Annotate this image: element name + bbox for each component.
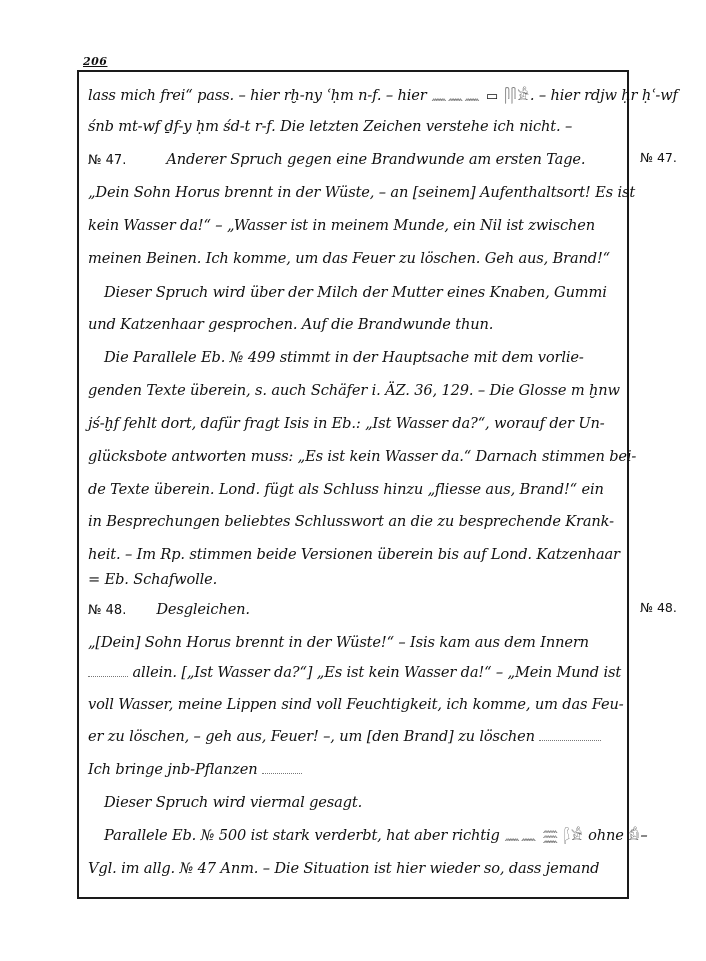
text-segment: Die letzten Zeichen verstehe ich nicht. … — [276, 118, 573, 135]
text-segment: . – hier — [530, 87, 584, 104]
text-line-20: voll Wasser, meine Lippen sind voll Feuc… — [88, 695, 624, 715]
section-number: № 48. — [88, 603, 126, 618]
text-segment: – — [640, 827, 647, 844]
hieroglyph-group: 𓈖𓈖 𓈗 𓆄𓀀 — [504, 829, 583, 844]
text-segment: und Katzenhaar gesprochen. Auf die Brand… — [88, 316, 493, 333]
text-segment: fehlt dort, dafür fragt Isis in Eb.: „Is… — [119, 415, 605, 432]
text-line-16: = Eb. Schafwolle. — [88, 570, 217, 590]
lacuna-dots — [88, 666, 128, 677]
text-line-22: Ich bringe jnb-Pflanzen — [88, 760, 302, 780]
text-segment: ohne — [584, 827, 629, 844]
text-segment: Die Parallele Eb. № 499 stimmt in der Ha… — [104, 349, 584, 366]
text-line-10: genden Texte überein, s. auch Schäfer i.… — [88, 381, 620, 401]
text-line-1: lass mich frei“ pass. – hier rḫ-ny ʿḥm n… — [88, 86, 678, 107]
hieroglyph-group: 𓀁 — [628, 829, 640, 844]
text-segment: in Besprechungen beliebtes Schlusswort a… — [88, 513, 614, 530]
text-segment: Dieser Spruch wird viermal gesagt. — [104, 794, 362, 811]
transliteration: rḫ-ny ʿḥm n-f. — [284, 87, 382, 104]
text-segment: genden Texte überein, s. auch Schäfer i.… — [88, 382, 571, 399]
text-line-11: jś-ḫf fehlt dort, dafür fragt Isis in Eb… — [88, 414, 605, 434]
text-line-9: Die Parallele Eb. № 499 stimmt in der Ha… — [104, 348, 584, 368]
text-segment: meinen Beinen. Ich komme, um das Feuer z… — [88, 250, 610, 267]
text-segment: allein. [„Ist Wasser da?“] „Es ist kein … — [133, 664, 622, 681]
lacuna-dots — [262, 763, 302, 774]
transliteration: jś-ḫf — [88, 415, 119, 432]
text-segment: kein Wasser da!“ – „Wasser ist in meinem… — [88, 217, 595, 234]
text-segment: Ich bringe — [88, 761, 167, 778]
text-line-7: Dieser Spruch wird über der Milch der Mu… — [104, 283, 607, 303]
transliteration: jnb — [167, 761, 190, 778]
section-title: Desgleichen. — [156, 601, 250, 618]
text-line-15: heit. – Im Rp. stimmen beide Versionen ü… — [88, 545, 620, 565]
text-segment: = Eb. Schafwolle. — [88, 571, 217, 588]
text-segment: -Pflanzen — [190, 761, 257, 778]
section-number: № 47. — [88, 153, 126, 168]
text-segment: de Texte überein. Lond. fügt als Schluss… — [88, 481, 604, 498]
page-number: 206 — [83, 55, 107, 68]
transliteration: śnb mt-wf ḏf-y ḥm śd-t r-f. — [88, 118, 276, 135]
text-line-14: in Besprechungen beliebtes Schlusswort a… — [88, 512, 614, 532]
section-title: Anderer Spruch gegen eine Brandwunde am … — [166, 151, 585, 168]
margin-note-47: № 47. — [640, 150, 677, 165]
text-line-23: Dieser Spruch wird viermal gesagt. — [104, 793, 362, 813]
text-line-6: meinen Beinen. Ich komme, um das Feuer z… — [88, 249, 610, 269]
margin-note-48: № 48. — [640, 600, 677, 615]
text-segment: Vgl. im allg. № 47 Anm. – Die Situation … — [88, 860, 599, 877]
text-segment: lass mich frei“ pass. – hier — [88, 87, 284, 104]
text-segment: „[Dein] Sohn Horus brennt in der Wüste!“… — [88, 634, 589, 651]
text-segment: „Dein Sohn Horus brennt in der Wüste, – … — [88, 184, 635, 201]
text-line-18: „[Dein] Sohn Horus brennt in der Wüste!“… — [88, 633, 589, 653]
text-line-25: Vgl. im allg. № 47 Anm. – Die Situation … — [88, 859, 599, 879]
text-line-24: Parallele Eb. № 500 ist stark verderbt, … — [104, 826, 648, 847]
section-heading-48: № 48.Desgleichen. — [88, 600, 250, 621]
text-line-12: glücksbote antworten muss: „Es ist kein … — [88, 447, 636, 467]
lacuna-dots — [539, 730, 601, 741]
section-heading-47: № 47.Anderer Spruch gegen eine Brandwund… — [88, 150, 585, 171]
text-line-19: allein. [„Ist Wasser da?“] „Es ist kein … — [88, 663, 621, 683]
transliteration: rdjw ḥr ḥʿ-wf — [584, 87, 678, 104]
text-segment: heit. – Im Rp. stimmen beide Versionen ü… — [88, 546, 620, 563]
text-line-4: „Dein Sohn Horus brennt in der Wüste, – … — [88, 183, 635, 203]
text-line-8: und Katzenhaar gesprochen. Auf die Brand… — [88, 315, 493, 335]
text-segment: voll Wasser, meine Lippen sind voll Feuc… — [88, 696, 624, 713]
hieroglyph-group: 𓈖𓈖𓈖 ▭ 𓋴𓋴𓀀 — [431, 89, 530, 104]
transliteration: m ḫnw — [571, 382, 620, 399]
text-line-5: kein Wasser da!“ – „Wasser ist in meinem… — [88, 216, 595, 236]
text-segment: – hier — [381, 87, 431, 104]
text-line-2: śnb mt-wf ḏf-y ḥm śd-t r-f. Die letzten … — [88, 117, 572, 137]
text-line-21: er zu löschen, – geh aus, Feuer! –, um [… — [88, 727, 601, 747]
text-segment: Dieser Spruch wird über der Milch der Mu… — [104, 284, 607, 301]
text-segment: er zu löschen, – geh aus, Feuer! –, um [… — [88, 728, 535, 745]
text-line-13: de Texte überein. Lond. fügt als Schluss… — [88, 480, 604, 500]
text-segment: Parallele Eb. № 500 ist stark verderbt, … — [104, 827, 504, 844]
text-segment: glücksbote antworten muss: „Es ist kein … — [88, 448, 636, 465]
